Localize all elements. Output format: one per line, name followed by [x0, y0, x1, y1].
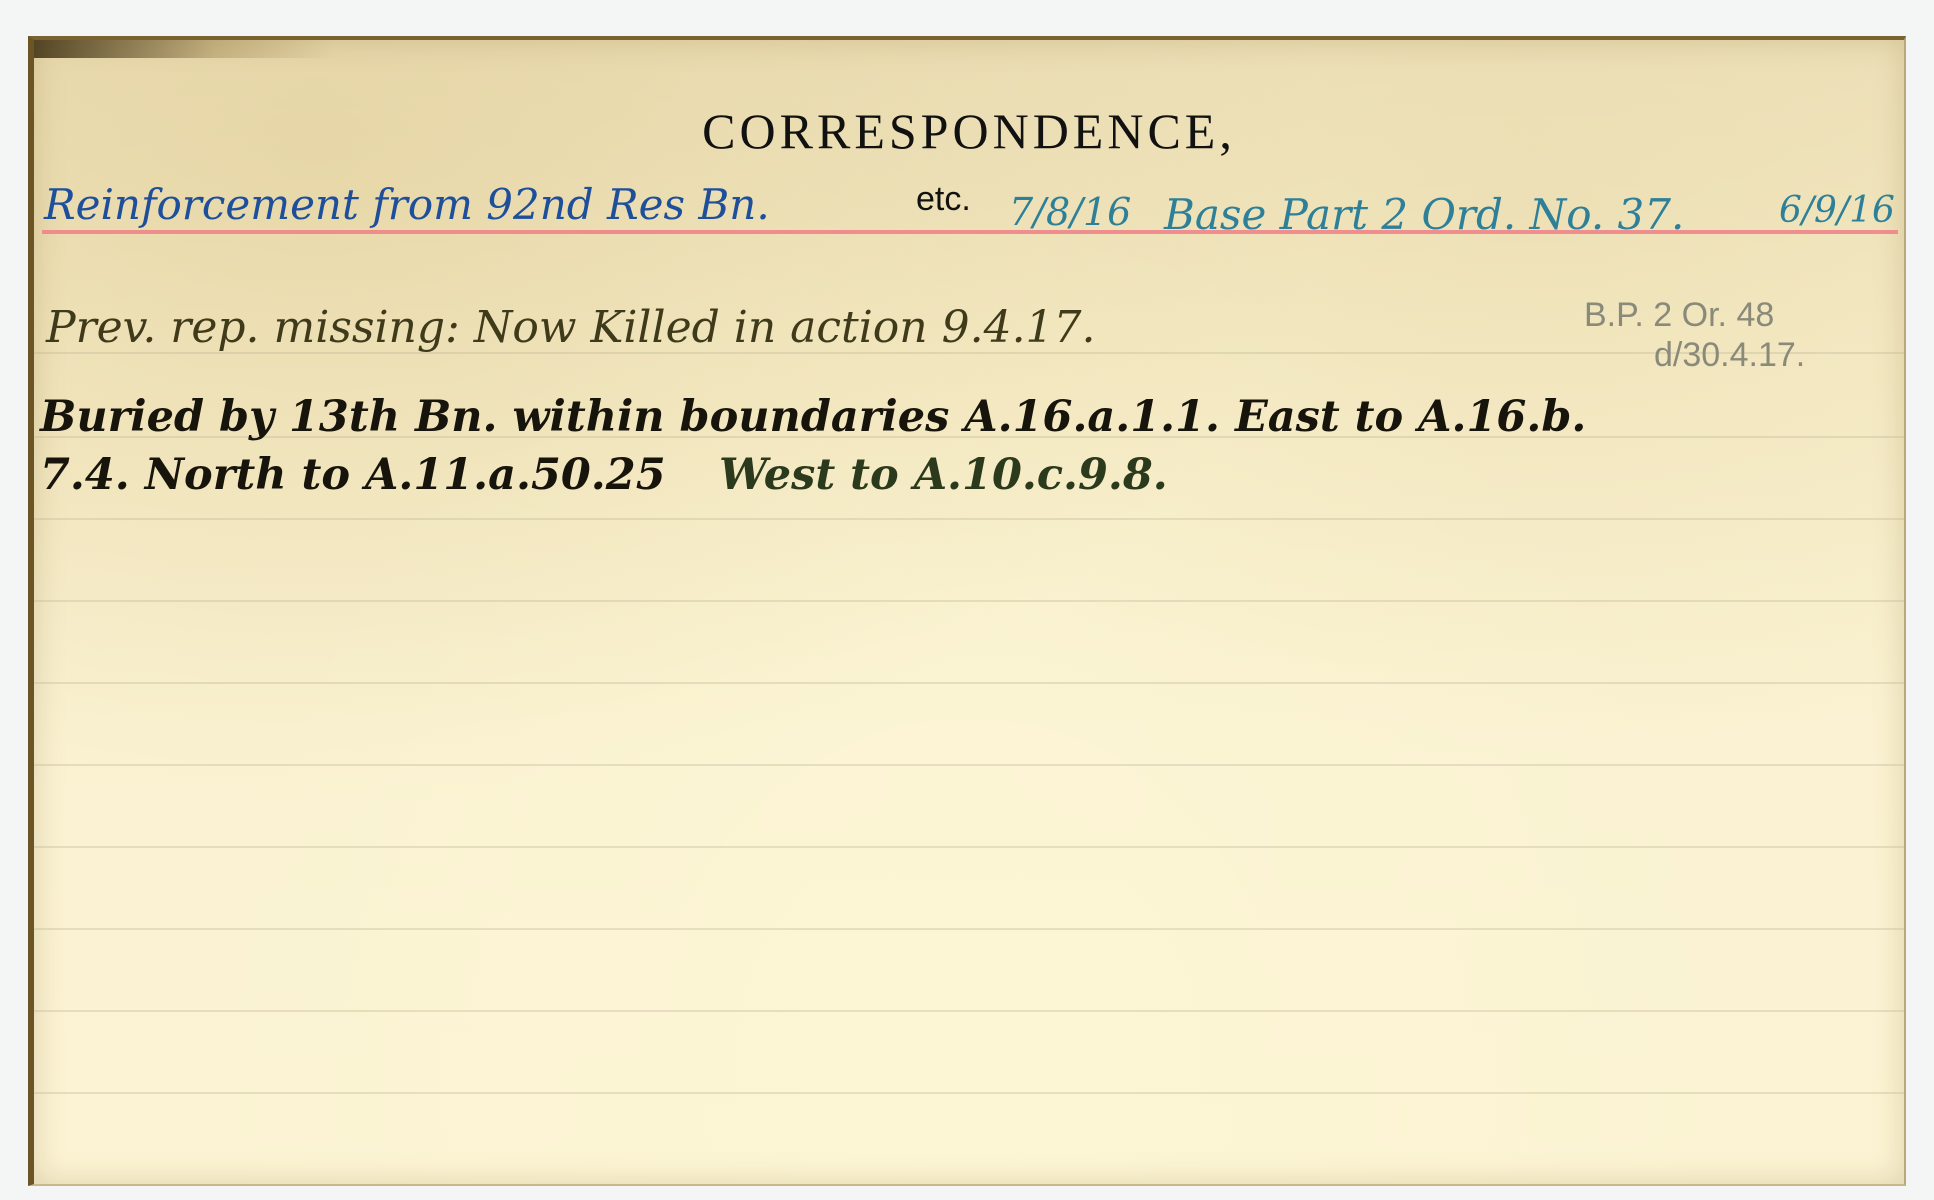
ruled-line	[34, 928, 1904, 930]
card-heading-sub: etc.	[916, 180, 971, 219]
entry-3-burial: Buried by 13th Bn. within boundaries A.1…	[40, 392, 1586, 442]
ruled-line	[34, 518, 1904, 520]
entry-1-base-order: Base Part 2 Ord. No. 37.	[1164, 190, 1684, 239]
entry-4-north: 7.4. North to A.11.a.50.25	[40, 450, 666, 500]
entry-1-date: 7/8/16	[1009, 190, 1131, 234]
entry-4-west: West to A.10.c.9.8.	[719, 450, 1168, 500]
entry-2-pencil-date: d/30.4.17.	[1654, 336, 1805, 375]
entry-1-order-date: 6/9/16	[1779, 190, 1895, 231]
entry-1-reinforcement: Reinforcement from 92nd Res Bn.	[44, 180, 770, 229]
card-heading: CORRESPONDENCE,	[34, 102, 1904, 160]
ruled-line	[34, 764, 1904, 766]
ruled-line	[34, 1092, 1904, 1094]
entry-2-status: Prev. rep. missing: Now Killed in action…	[46, 302, 1096, 353]
ruled-line	[34, 600, 1904, 602]
entry-2-pencil-order: B.P. 2 Or. 48	[1584, 296, 1774, 335]
ruled-line	[34, 682, 1904, 684]
correspondence-card: CORRESPONDENCE, etc. Reinforcement from …	[28, 36, 1906, 1186]
ruled-line	[34, 846, 1904, 848]
ruled-line	[34, 1010, 1904, 1012]
